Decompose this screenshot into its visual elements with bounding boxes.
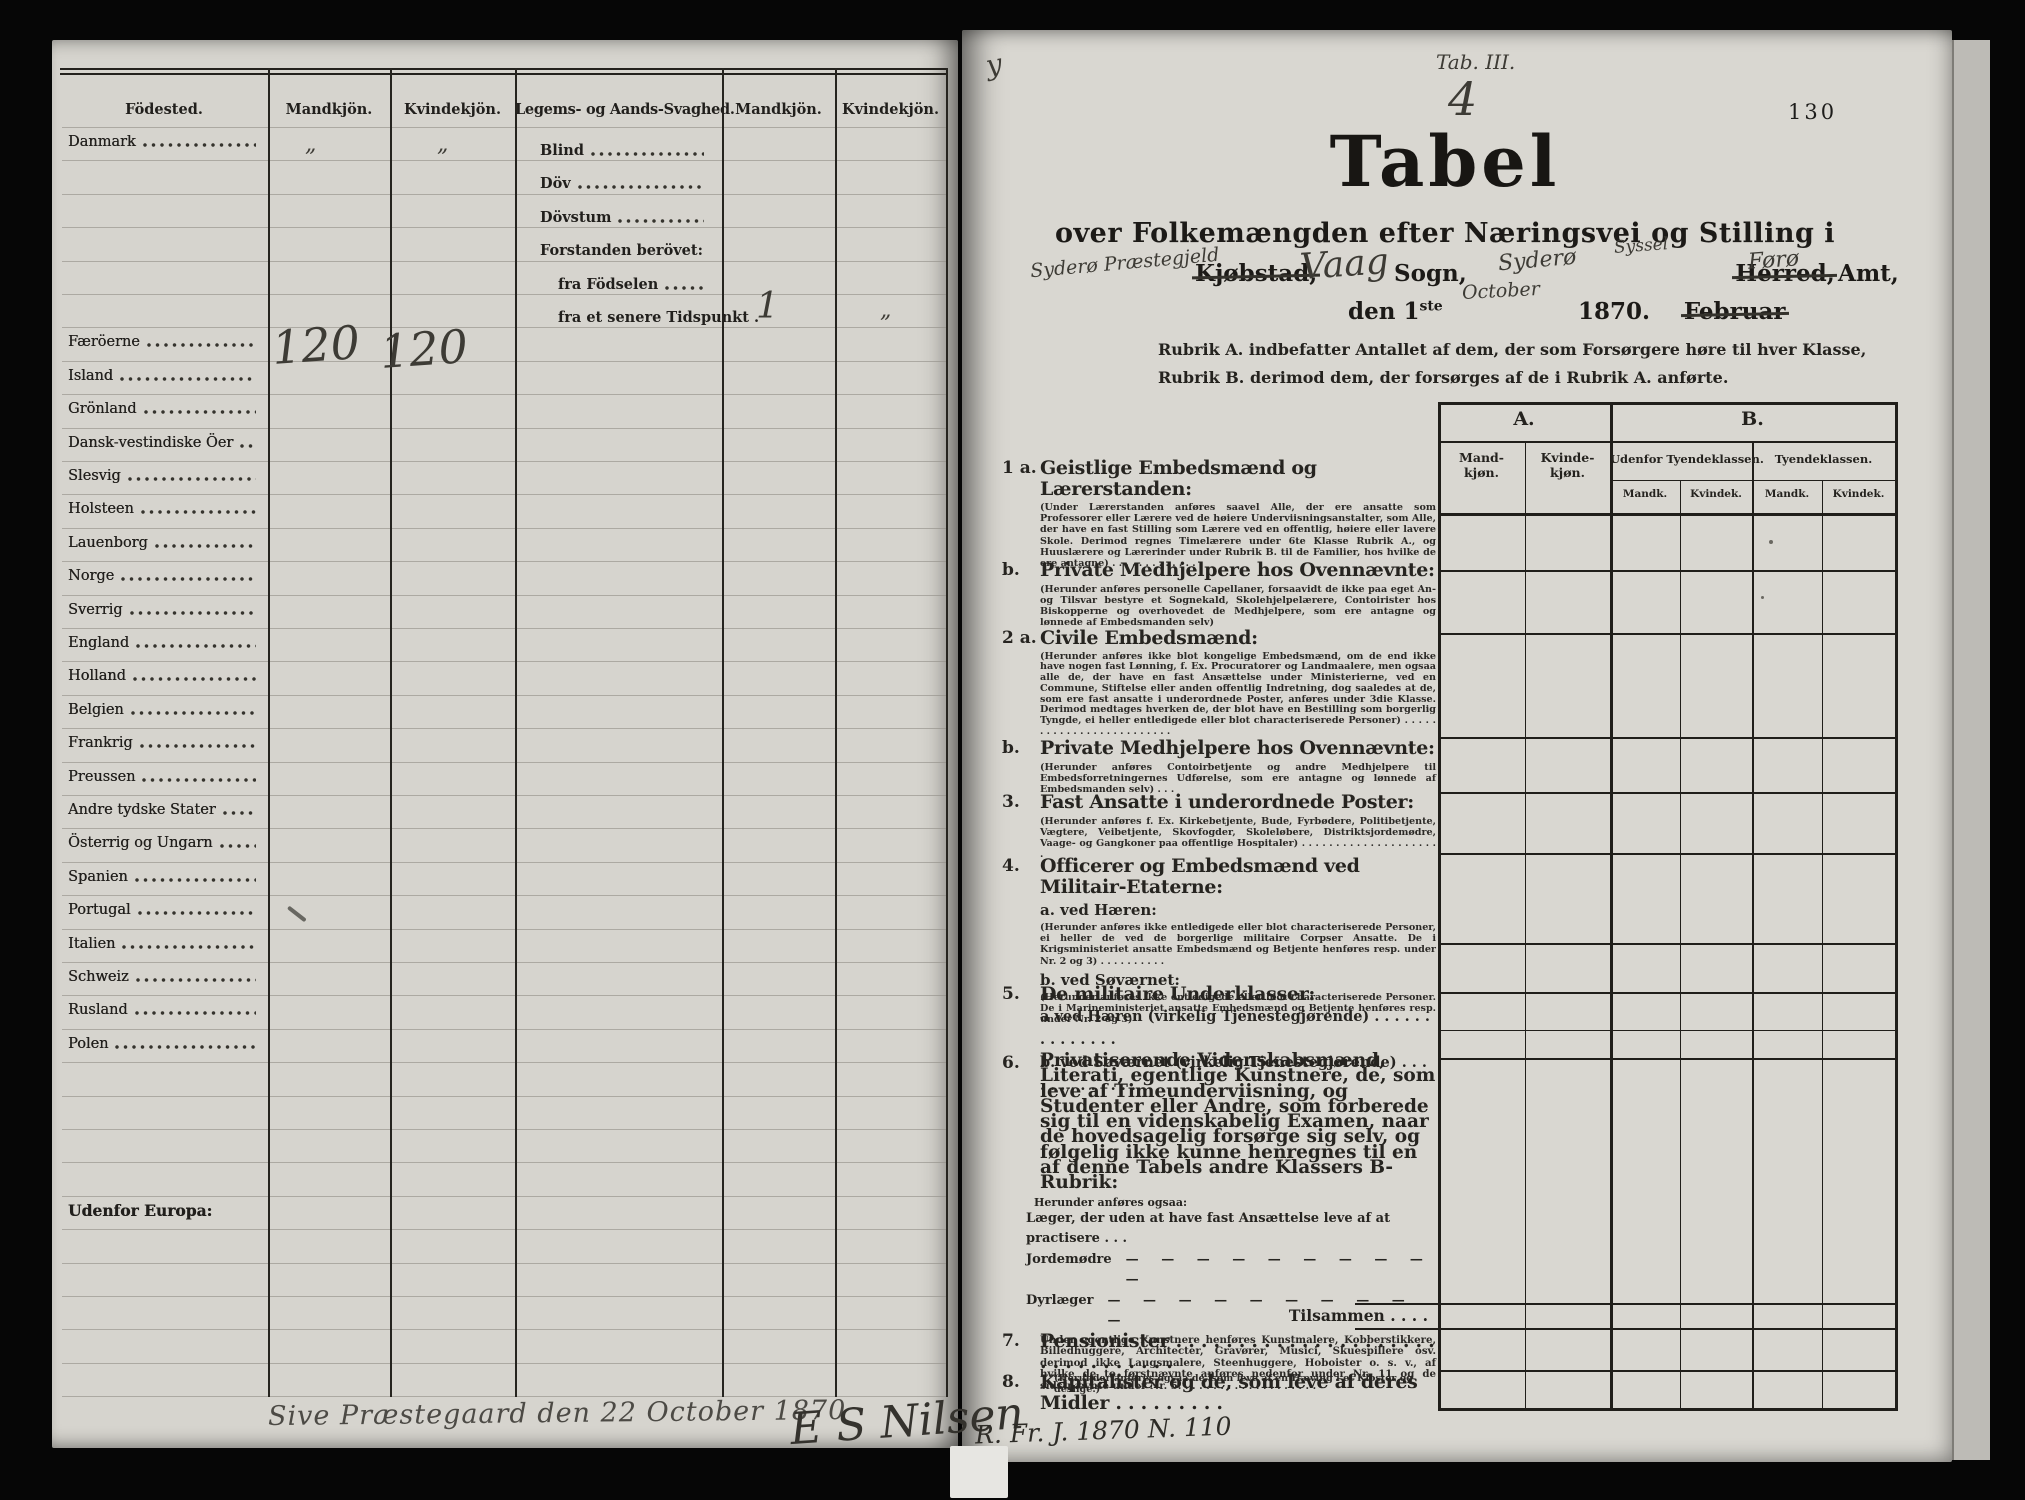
col-udenfor-tyende-label: Udenfor Tyendeklassen. bbox=[1610, 452, 1752, 466]
row-title: Privatiserende Videnskabsmænd, Literati,… bbox=[1040, 1053, 1436, 1191]
form-rule-line bbox=[62, 494, 946, 495]
row-number: 1 a. bbox=[1002, 458, 1040, 569]
birthplace-label: Spanien bbox=[68, 865, 128, 889]
dotted-leader bbox=[223, 807, 256, 817]
grid-hline bbox=[1438, 737, 1898, 739]
birthplace-label: Grönland bbox=[68, 397, 137, 421]
birthplace-row: Grönland bbox=[68, 397, 258, 421]
birthplace-label: Schweiz bbox=[68, 965, 129, 989]
handwritten-month: October bbox=[1461, 278, 1540, 304]
dotted-leader bbox=[115, 1041, 256, 1051]
row-title: Private Medhjelpere hos Ovennævnte: bbox=[1040, 738, 1436, 759]
col-b2-mandk: Mandk. bbox=[1752, 488, 1822, 500]
tilsammen-label: Tilsammen . . . . bbox=[1230, 1306, 1428, 1325]
row-3: 3. Fast Ansatte i underordnede Poster: (… bbox=[1002, 792, 1436, 860]
dotted-leader bbox=[120, 373, 256, 383]
dotted-leader bbox=[136, 640, 256, 650]
form-rule-line bbox=[62, 762, 946, 763]
grid-hline bbox=[1438, 992, 1898, 994]
birthplace-label: Österrig og Ungarn bbox=[68, 831, 213, 855]
row-note: (Herunder anføres ikke blot kongelige Em… bbox=[1040, 652, 1436, 738]
form-rule-line bbox=[62, 862, 946, 863]
birthplace-row: Portugal bbox=[68, 898, 258, 922]
form-rule-line bbox=[62, 895, 946, 896]
birthplace-label: England bbox=[68, 631, 129, 655]
grid-hline bbox=[1438, 1058, 1898, 1060]
date-year: 1870. bbox=[1578, 298, 1650, 325]
grid-hline bbox=[1438, 1408, 1898, 1411]
col-b2-kvindek: Kvindek. bbox=[1822, 488, 1895, 500]
birthplace-label: Rusland bbox=[68, 998, 128, 1022]
form-rule-line bbox=[62, 1029, 946, 1030]
birthplace-row: Holland bbox=[68, 664, 258, 688]
label-amt: Amt, bbox=[1838, 260, 1899, 287]
birthplace-label: Færöerne bbox=[68, 330, 140, 354]
grid-vline bbox=[1525, 441, 1526, 1408]
form-rule-line bbox=[62, 1196, 946, 1197]
form-rule-line bbox=[62, 227, 946, 228]
birthplace-label: Frankrig bbox=[68, 731, 133, 755]
form-rule-line bbox=[62, 327, 946, 328]
handwritten-ditto: „ bbox=[305, 132, 316, 157]
row-item-laeger: Læger, der uden at have fast Ansættelse … bbox=[1026, 1209, 1436, 1250]
kvinde-line2: kjøn. bbox=[1550, 465, 1585, 480]
dotted-leader bbox=[240, 440, 256, 450]
row-sub-a: a. ved Hæren: bbox=[1040, 901, 1436, 919]
dotted-leader bbox=[143, 139, 256, 149]
dotted-leader bbox=[128, 473, 256, 483]
form-rule-line bbox=[62, 261, 946, 262]
form-rule-line bbox=[62, 561, 946, 562]
birthplace-row: Slesvig bbox=[68, 464, 258, 488]
column-line bbox=[946, 68, 948, 1397]
handwritten-folio: Tab. III. bbox=[1436, 50, 1515, 74]
row-title: Civile Embedsmænd: bbox=[1040, 628, 1436, 649]
birthplace-label: Sverrig bbox=[68, 598, 123, 622]
row-2a: 2 a. Civile Embedsmænd: (Herunder anføre… bbox=[1002, 628, 1436, 738]
birthplace-label: Slesvig bbox=[68, 464, 121, 488]
item-label: Læger, der uden at have fast Ansættelse … bbox=[1026, 1209, 1436, 1250]
row-2b: b. Private Medhjelpere hos Ovennævnte: (… bbox=[1002, 738, 1436, 795]
grid-hline bbox=[1438, 402, 1898, 405]
grid-hline bbox=[1438, 943, 1898, 945]
title: Tabel bbox=[1045, 120, 1845, 203]
row-1a: 1 a. Geistlige Embedsmænd og Lærerstande… bbox=[1002, 458, 1436, 569]
dotted-leader bbox=[135, 1007, 256, 1017]
birthplace-row: Dansk-vestindiske Öer bbox=[68, 431, 258, 455]
form-rule-line bbox=[62, 728, 946, 729]
grid-hline bbox=[1355, 1328, 1898, 1330]
grid-hline bbox=[1610, 480, 1898, 481]
column-line bbox=[268, 68, 270, 1397]
col-a-label: A. bbox=[1438, 408, 1610, 430]
grid-hline bbox=[1438, 570, 1898, 572]
row-line-a: a ved Hæren (virkelig Tjenestegjørende) … bbox=[1040, 1005, 1436, 1051]
dotted-leader bbox=[142, 774, 256, 784]
form-rule-line bbox=[62, 1363, 946, 1364]
grid-vline bbox=[1438, 402, 1441, 1408]
form-rule-line bbox=[62, 528, 946, 529]
form-rule-line bbox=[62, 1229, 946, 1230]
birthplace-label: Belgien bbox=[68, 698, 124, 722]
binding-tab bbox=[950, 1446, 1008, 1498]
item-dashes: — — — — — — — — — — bbox=[1126, 1250, 1436, 1291]
grid-vline bbox=[1895, 402, 1898, 1408]
row-number: b. bbox=[1002, 738, 1040, 795]
dotted-leader bbox=[220, 840, 256, 850]
form-rule-line bbox=[62, 628, 946, 629]
form-rule-line bbox=[62, 1296, 946, 1297]
row-title: Fast Ansatte i underordnede Poster: bbox=[1040, 792, 1436, 813]
date-prefix: den 1ste bbox=[1348, 298, 1443, 325]
date-struck-month: Februar bbox=[1684, 298, 1786, 325]
birthplace-row: Spanien bbox=[68, 865, 258, 889]
scanned-census-spread: Födested. Mandkjön. Kvindekjön. Legems- … bbox=[0, 0, 2025, 1500]
form-rule-line bbox=[62, 1062, 946, 1063]
birthplace-label: Lauenborg bbox=[68, 531, 148, 555]
birthplace-label: Udenfor Europa: bbox=[68, 1199, 212, 1223]
header-mandkjon: Mandkjön. bbox=[268, 97, 390, 123]
col-b1-mandk: Mandk. bbox=[1610, 488, 1680, 500]
birthplace-row: Island bbox=[68, 364, 258, 388]
header-kvindekjon-2: Kvindekjön. bbox=[835, 97, 946, 123]
birthplace-row: Preussen bbox=[68, 765, 258, 789]
infirmity-label: fra et senere Tidspunkt . bbox=[558, 306, 759, 330]
birthplace-label: Portugal bbox=[68, 898, 131, 922]
infirmity-label: Blind bbox=[540, 139, 584, 163]
handwritten-one: 1 bbox=[756, 286, 779, 327]
row-number: b. bbox=[1002, 560, 1040, 628]
col-b1-kvindek: Kvindek. bbox=[1680, 488, 1752, 500]
form-rule-line bbox=[62, 695, 946, 696]
column-line bbox=[390, 68, 392, 1397]
table-top-line2 bbox=[60, 73, 948, 75]
form-rule-line bbox=[62, 1129, 946, 1130]
birthplace-label: Island bbox=[68, 364, 113, 388]
row-title: Officerer og Embedsmænd ved Militair-Eta… bbox=[1040, 856, 1436, 897]
infirmity-label: Forstanden berövet: bbox=[540, 239, 703, 263]
row-title: Private Medhjelpere hos Ovennævnte: bbox=[1040, 560, 1436, 581]
item-label: Jordemødre bbox=[1026, 1250, 1112, 1291]
birthplace-label: Holland bbox=[68, 664, 126, 688]
birthplace-row: Holsteen bbox=[68, 497, 258, 521]
birthplace-row: Lauenborg bbox=[68, 531, 258, 555]
dotted-leader bbox=[155, 540, 256, 550]
form-rule-line bbox=[62, 294, 946, 295]
dotted-leader bbox=[578, 181, 704, 191]
table-top-line bbox=[60, 68, 948, 70]
form-rule-line bbox=[62, 595, 946, 596]
row-number: 8. bbox=[1002, 1372, 1040, 1413]
infirmity-label: Döv bbox=[540, 172, 571, 196]
row-note: (Herunder anføres f. Ex. Kirkebetjente, … bbox=[1040, 816, 1436, 861]
dotted-leader bbox=[147, 339, 256, 349]
dotted-leader bbox=[140, 740, 256, 750]
dotted-leader bbox=[144, 406, 257, 416]
dotted-leader bbox=[130, 607, 257, 617]
birthplace-row: Udenfor Europa: bbox=[68, 1199, 258, 1223]
form-rule-line bbox=[62, 428, 946, 429]
grid-hline bbox=[1438, 792, 1898, 794]
form-rule-line bbox=[62, 828, 946, 829]
grid-hline bbox=[1355, 1303, 1898, 1305]
dotted-leader bbox=[122, 941, 256, 951]
handwritten-count-male: 120 bbox=[270, 315, 361, 375]
infirmity-forstanden: Forstanden berövet: bbox=[540, 239, 706, 263]
form-rule-line bbox=[62, 461, 946, 462]
dotted-leader bbox=[138, 907, 256, 917]
infirmity-dov: Döv bbox=[540, 172, 706, 196]
form-rule-line bbox=[62, 962, 946, 963]
birthplace-label: Dansk-vestindiske Öer bbox=[68, 431, 233, 455]
ink-speck bbox=[1769, 540, 1773, 544]
date-day: den 1 bbox=[1348, 298, 1419, 325]
form-rule-line bbox=[62, 394, 946, 395]
form-rule-line bbox=[62, 1329, 946, 1330]
handwritten-folio-number: 4 bbox=[1448, 72, 1477, 126]
form-rule-line bbox=[62, 995, 946, 996]
grid-hline bbox=[1438, 441, 1898, 443]
form-rule-line bbox=[62, 929, 946, 930]
next-page-edge bbox=[1952, 40, 1990, 1460]
birthplace-label: Holsteen bbox=[68, 497, 134, 521]
mand-line2: kjøn. bbox=[1464, 465, 1499, 480]
kvinde-line1: Kvinde- bbox=[1541, 450, 1595, 465]
grid-hline bbox=[1438, 853, 1898, 855]
subtitle: over Folkemængden efter Næringsvei og St… bbox=[1045, 218, 1845, 249]
infirmity-tidspunkt: fra et senere Tidspunkt . bbox=[558, 306, 706, 330]
dotted-leader bbox=[141, 506, 256, 516]
row-item-jordemodre: Jordemødre— — — — — — — — — — bbox=[1026, 1250, 1436, 1291]
handwritten-ditto: „ bbox=[880, 298, 891, 323]
infirmity-dovstum: Dövstum bbox=[540, 206, 706, 230]
header-svaghed: Legems- og Aands-Svaghed. bbox=[515, 97, 722, 123]
grid-vline bbox=[1610, 402, 1613, 1408]
birthplace-row: Andre tydske Stater bbox=[68, 798, 258, 822]
row-1b: b. Private Medhjelpere hos Ovennævnte: (… bbox=[1002, 560, 1436, 628]
label-sogn: Sogn, bbox=[1394, 260, 1467, 287]
form-rule-line bbox=[62, 795, 946, 796]
header-fodested: Födested. bbox=[60, 97, 268, 123]
infirmity-fodselen: fra Födselen bbox=[558, 273, 706, 297]
birthplace-row: Österrig og Ungarn bbox=[68, 831, 258, 855]
row-title: Geistlige Embedsmænd og Lærerstanden: bbox=[1040, 458, 1436, 499]
birthplace-label: Danmark bbox=[68, 130, 136, 154]
item-label: Dyrlæger bbox=[1026, 1291, 1094, 1332]
birthplace-row: Sverrig bbox=[68, 598, 258, 622]
dotted-leader bbox=[591, 148, 704, 158]
handwritten-amt-name: Førø bbox=[1747, 246, 1800, 275]
dotted-leader bbox=[618, 215, 704, 225]
form-rule-line bbox=[62, 361, 946, 362]
birthplace-row: Rusland bbox=[68, 998, 258, 1022]
infirmity-blind: Blind bbox=[540, 139, 706, 163]
row-number: 2 a. bbox=[1002, 628, 1040, 738]
birthplace-row: Belgien bbox=[68, 698, 258, 722]
column-line bbox=[835, 68, 837, 1397]
grid-hline bbox=[1438, 633, 1898, 635]
rubrik-a-note: Rubrik A. indbefatter Antallet af dem, d… bbox=[1158, 340, 1798, 359]
ink-speck bbox=[1761, 596, 1764, 599]
birthplace-label: Preussen bbox=[68, 765, 135, 789]
grid-hline bbox=[1438, 513, 1898, 516]
birthplace-row: Frankrig bbox=[68, 731, 258, 755]
dotted-leader bbox=[133, 673, 256, 683]
date-ordinal: ste bbox=[1419, 298, 1442, 314]
birthplace-label: Polen bbox=[68, 1032, 108, 1056]
birthplace-label: Norge bbox=[68, 564, 114, 588]
dotted-leader bbox=[135, 874, 256, 884]
row-number: 3. bbox=[1002, 792, 1040, 860]
header-kvindekjon: Kvindekjön. bbox=[390, 97, 515, 123]
birthplace-row: Polen bbox=[68, 1032, 258, 1056]
col-tyende-label: Tyendeklassen. bbox=[1752, 452, 1895, 466]
birthplace-row: Schweiz bbox=[68, 965, 258, 989]
dotted-leader bbox=[665, 282, 704, 292]
row-title: De militaire Underklasser: bbox=[1040, 984, 1436, 1005]
row-note-a: (Herunder anføres ikke entledigede eller… bbox=[1040, 922, 1436, 967]
grid-hline bbox=[1438, 1370, 1898, 1372]
form-rule-line bbox=[62, 661, 946, 662]
col-kvindekjon-label: Kvinde-kjøn. bbox=[1525, 450, 1610, 480]
handwritten-count-female: 120 bbox=[378, 319, 469, 379]
dotted-leader bbox=[121, 573, 256, 583]
handwritten-ditto: „ bbox=[437, 132, 448, 157]
form-rule-line bbox=[62, 160, 946, 161]
row-title: Pensionister . . . . . . . . . . . . . .… bbox=[1040, 1331, 1436, 1372]
form-rule-line bbox=[62, 194, 946, 195]
header-mandkjon-2: Mandkjön. bbox=[722, 97, 835, 123]
birthplace-row: Norge bbox=[68, 564, 258, 588]
infirmity-label: Dövstum bbox=[540, 206, 611, 230]
rubrik-b-note: Rubrik B. derimod dem, der forsørges af … bbox=[1158, 368, 1798, 387]
row-title: Kapitalister og de, som leve af deres Mi… bbox=[1040, 1372, 1436, 1413]
birthplace-row: Danmark bbox=[68, 130, 258, 154]
col-mandkjon-label: Mand-kjøn. bbox=[1438, 450, 1525, 480]
grid-vline bbox=[1752, 441, 1754, 1408]
birthplace-label: Italien bbox=[68, 932, 115, 956]
form-rule-line bbox=[62, 127, 946, 128]
column-line bbox=[515, 68, 517, 1397]
infirmity-label: fra Födselen bbox=[558, 273, 658, 297]
grid-hline bbox=[1438, 1030, 1898, 1031]
birthplace-label: Andre tydske Stater bbox=[68, 798, 216, 822]
row-sub: Herunder anføres ogsaa: bbox=[1034, 1196, 1436, 1209]
column-line bbox=[722, 68, 724, 1397]
dotted-leader bbox=[136, 974, 256, 984]
birthplace-row: England bbox=[68, 631, 258, 655]
form-rule-line bbox=[62, 1263, 946, 1264]
birthplace-row: Færöerne bbox=[68, 330, 258, 354]
handwritten-place-date: Sive Præstegaard den 22 October 1870 bbox=[268, 1395, 847, 1432]
dotted-leader bbox=[131, 707, 256, 717]
form-rule-line bbox=[62, 1096, 946, 1097]
col-b-label: B. bbox=[1610, 408, 1895, 430]
form-rule-line bbox=[62, 1162, 946, 1163]
birthplace-row: Italien bbox=[68, 932, 258, 956]
handwritten-sog-name: Vaag bbox=[1299, 241, 1390, 288]
row-note: (Herunder anføres personelle Capellaner,… bbox=[1040, 584, 1436, 629]
row-8: 8. Kapitalister og de, som leve af deres… bbox=[1002, 1372, 1436, 1413]
handwritten-syssel: Syssel bbox=[1613, 234, 1668, 258]
mand-line1: Mand- bbox=[1459, 450, 1504, 465]
